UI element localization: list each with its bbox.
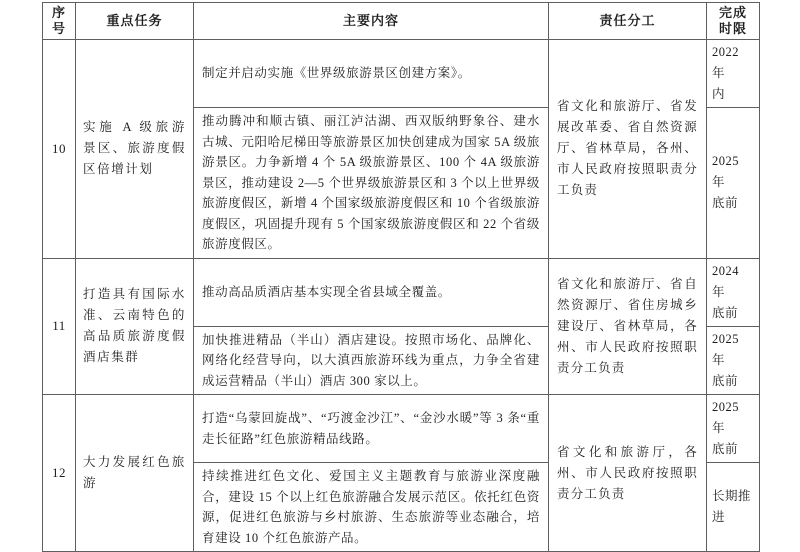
row-11-content-1: 推动高品质酒店基本实现全省县域全覆盖。 <box>194 258 549 326</box>
row-12-content-2: 持续推进红色文化、爱国主义主题教育与旅游业深度融合，建设 15 个以上红色旅游融… <box>194 463 549 552</box>
row-12-responsibility: 省文化和旅游厅，各州、市人民政府按照职责分工负责 <box>549 395 707 552</box>
row-10-task: 实施 A 级旅游景区、旅游度假区倍增计划 <box>76 40 194 259</box>
row-12-content-1: 打造“乌蒙回旋战”、“巧渡金沙江”、“金沙水暖”等 3 条“重走长征路”红色旅游… <box>194 395 549 463</box>
row-11-deadline-1: 2024 年 底前 <box>707 258 760 326</box>
row-10-number: 10 <box>43 40 76 259</box>
row-10-content-2: 推动腾冲和顺古镇、丽江泸沽湖、西双版纳野象谷、建水古城、元阳哈尼梯田等旅游景区加… <box>194 108 549 259</box>
header-deadline: 完成 时限 <box>707 3 760 40</box>
header-main-content: 主要内容 <box>194 3 549 40</box>
row-11-responsibility: 省文化和旅游厅、省自然资源厅、省住房城乡建设厅、省林草局，各州、市人民政府按照职… <box>549 258 707 395</box>
row-11-task: 打造具有国际水准、云南特色的高品质旅游度假酒店集群 <box>76 258 194 395</box>
row-10-deadline-2: 2025 年 底前 <box>707 108 760 259</box>
row-12-number: 12 <box>43 395 76 552</box>
row-11-deadline-2: 2025 年 底前 <box>707 326 760 395</box>
header-responsibility: 责任分工 <box>549 3 707 40</box>
header-key-task: 重点任务 <box>76 3 194 40</box>
row-12-task: 大力发展红色旅游 <box>76 395 194 552</box>
row-12-deadline-1: 2025 年 底前 <box>707 395 760 463</box>
table-row-11-a: 11 打造具有国际水准、云南特色的高品质旅游度假酒店集群 推动高品质酒店基本实现… <box>43 258 760 326</box>
row-12-deadline-2: 长期推 进 <box>707 463 760 552</box>
table-row-10-a: 10 实施 A 级旅游景区、旅游度假区倍增计划 制定并启动实施《世界级旅游景区创… <box>43 40 760 108</box>
row-11-content-2: 加快推进精品（半山）酒店建设。按照市场化、品牌化、网络化经营导向，以大滇西旅游环… <box>194 326 549 395</box>
table-row-12-a: 12 大力发展红色旅游 打造“乌蒙回旋战”、“巧渡金沙江”、“金沙水暖”等 3 … <box>43 395 760 463</box>
header-serial-number: 序 号 <box>43 3 76 40</box>
row-10-deadline-1: 2022 年 内 <box>707 40 760 108</box>
row-10-content-1: 制定并启动实施《世界级旅游景区创建方案》。 <box>194 40 549 108</box>
table-header-row: 序 号 重点任务 主要内容 责任分工 完成 时限 <box>43 3 760 40</box>
task-table: 序 号 重点任务 主要内容 责任分工 完成 时限 10 实施 A 级旅游景区、旅… <box>42 2 760 552</box>
row-10-responsibility: 省文化和旅游厅、省发展改革委、省自然资源厅、省林草局，各州、市人民政府按照职责分… <box>549 40 707 259</box>
row-11-number: 11 <box>43 258 76 395</box>
